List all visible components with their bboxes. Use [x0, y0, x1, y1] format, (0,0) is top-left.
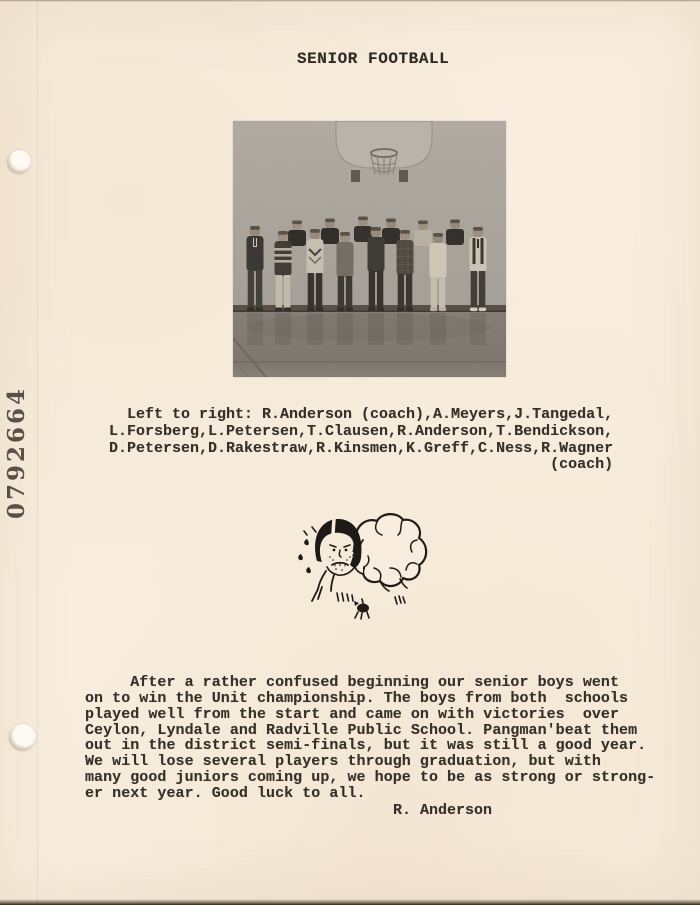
page-top-edge	[0, 0, 700, 2]
yearbook-page: 0792664 SENIOR FOOTBALL	[0, 0, 700, 905]
page-title: SENIOR FOOTBALL	[297, 50, 449, 68]
football-kiss-cartoon	[292, 509, 428, 623]
cartoon-illustration	[292, 509, 428, 623]
helmet-icon	[315, 519, 361, 568]
team-photo	[233, 121, 506, 377]
punch-hole-top	[7, 150, 31, 174]
season-summary: After a rather confused beginning our se…	[85, 675, 655, 802]
photo-grain	[233, 121, 506, 377]
ribbon-icon	[355, 599, 369, 619]
sweat-drops-icon	[298, 539, 311, 573]
serial-number: 0792664	[3, 397, 31, 519]
photo-caption: Left to right: R.Anderson (coach),A.Meye…	[109, 407, 613, 474]
team-photo-illustration	[233, 121, 506, 377]
margin-crease	[37, 0, 38, 905]
signature: R. Anderson	[393, 802, 492, 819]
girl-figure	[353, 514, 426, 604]
punch-hole-bottom	[9, 724, 36, 751]
page-bottom-edge	[0, 899, 700, 905]
